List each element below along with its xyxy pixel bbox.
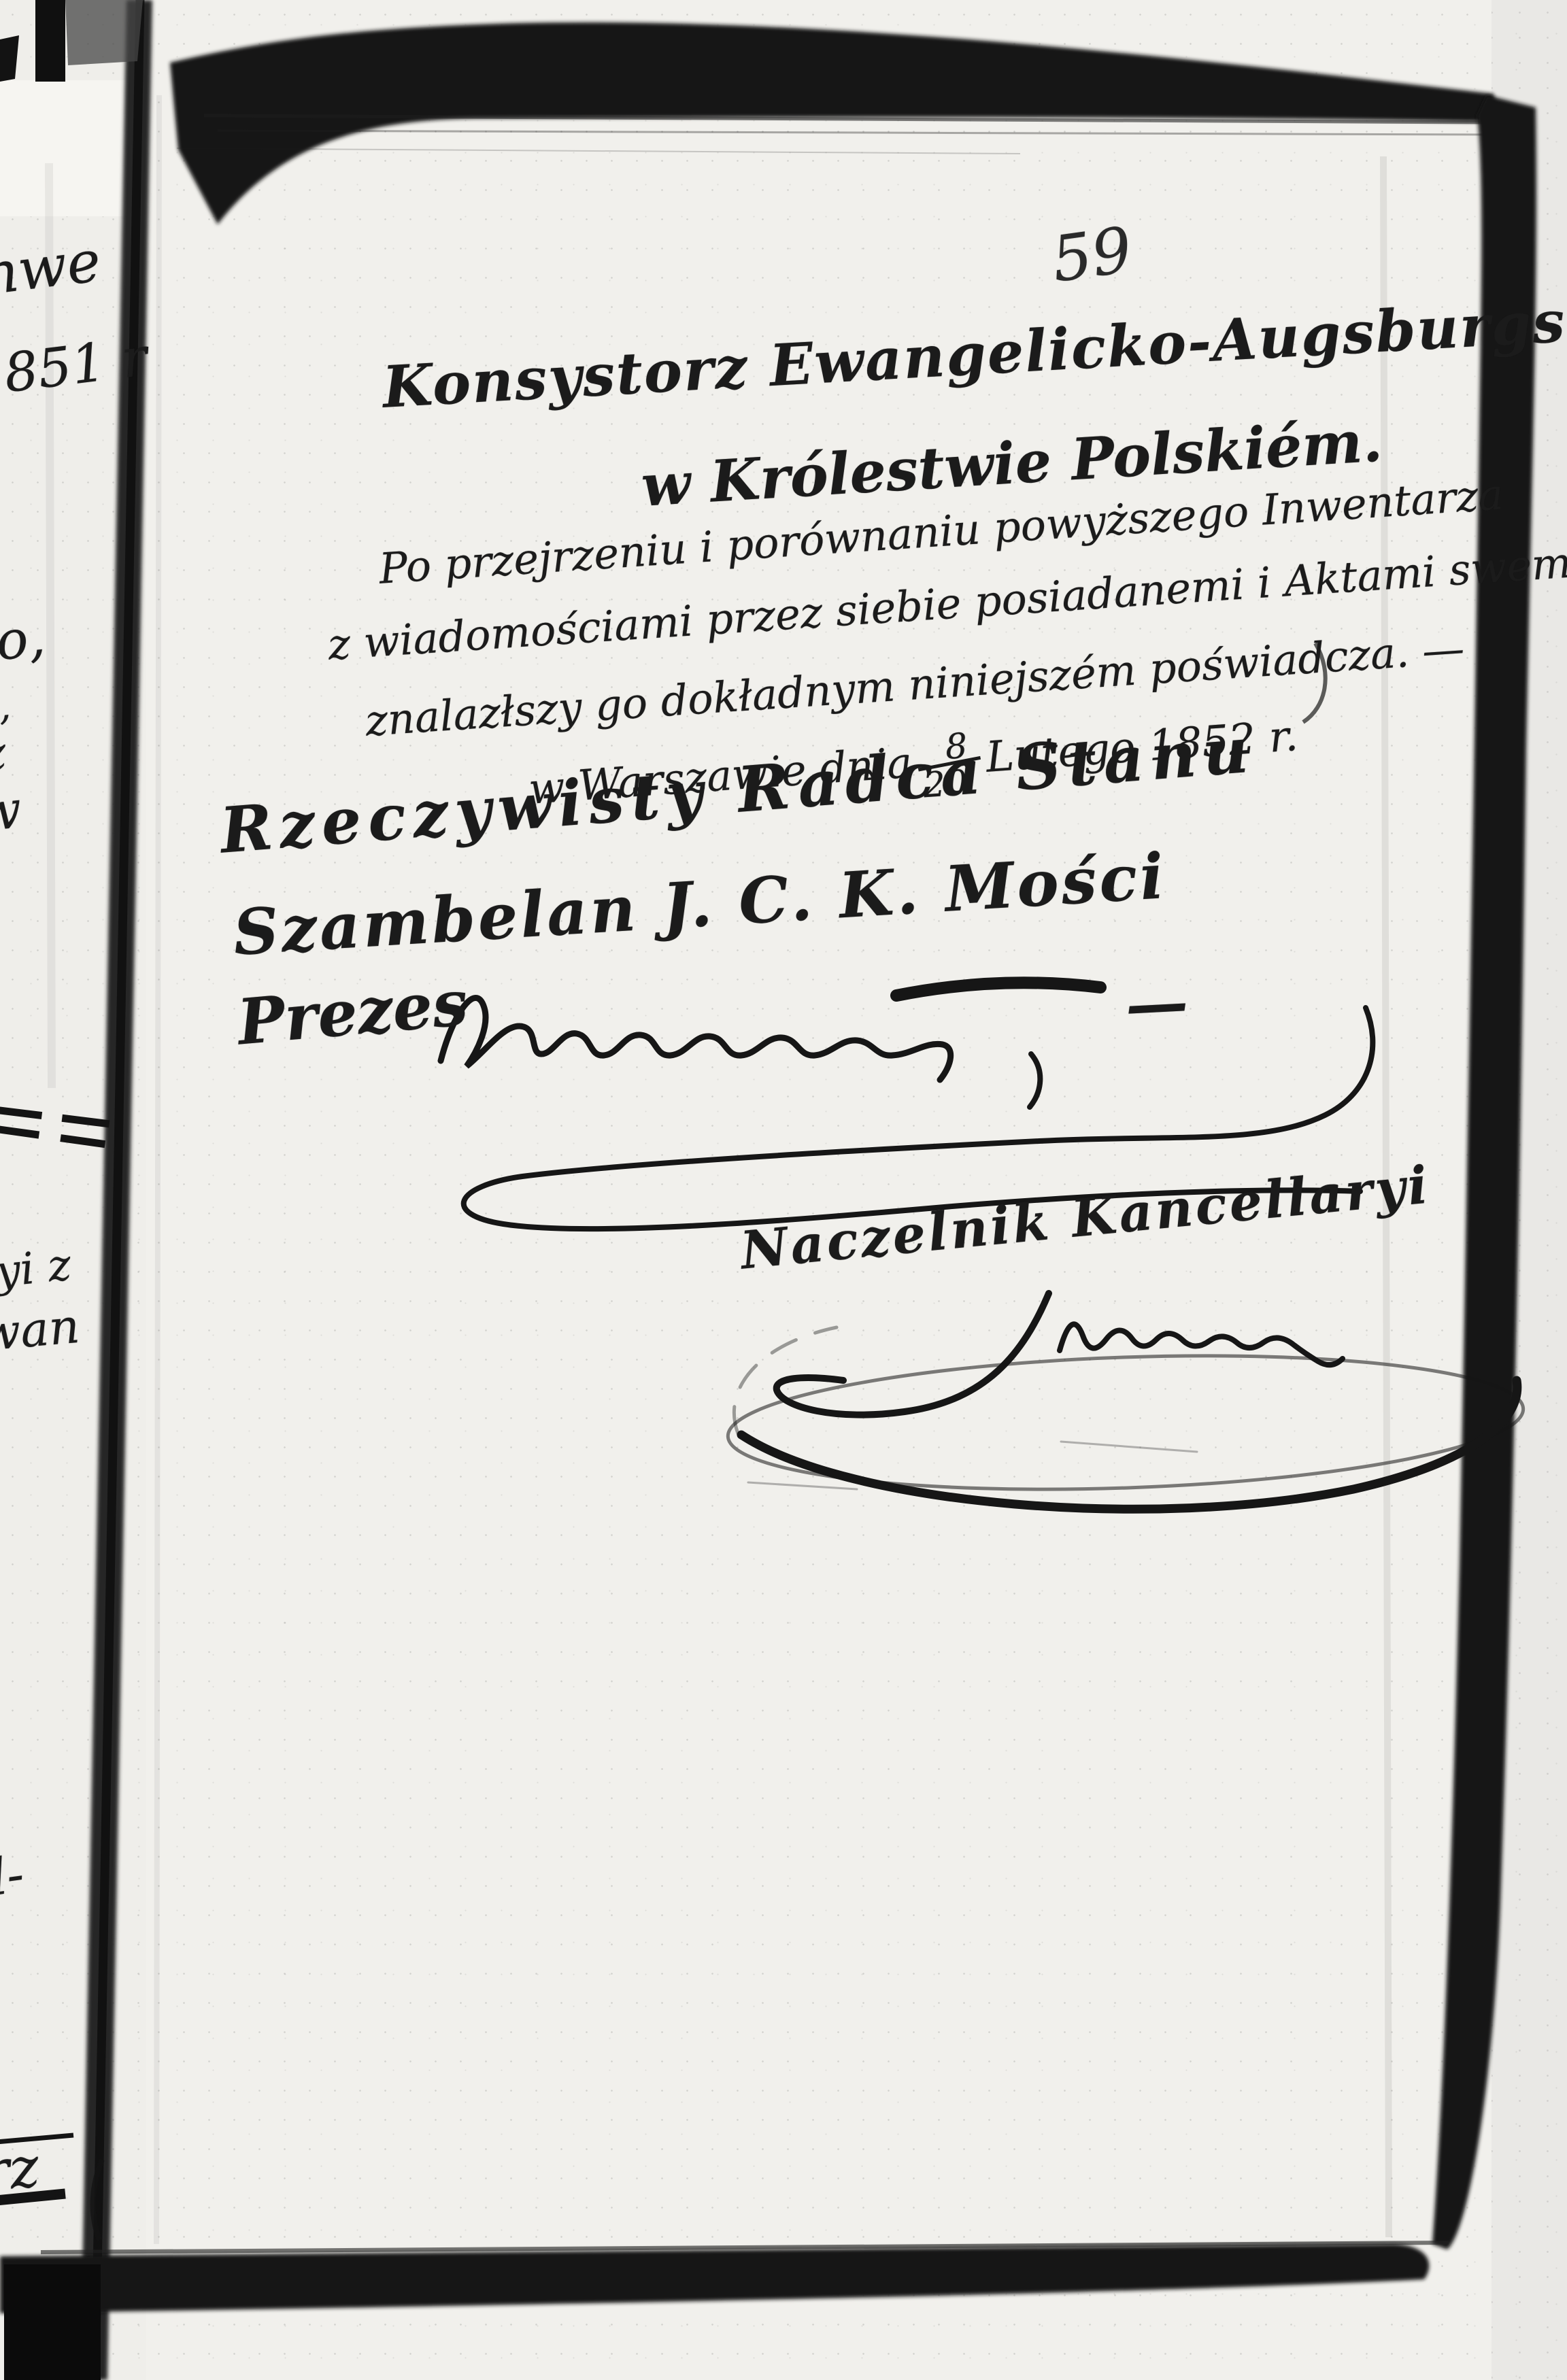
page-crease	[49, 163, 52, 1088]
signatory-title-2-dash: —	[1124, 965, 1190, 1042]
right-page-edge-shadow	[1432, 95, 1536, 2249]
left-page-fragment: go,	[0, 607, 48, 676]
previous-page-margin	[0, 80, 144, 216]
left-page-fragment: rz	[0, 2135, 42, 2205]
clerk-signature	[726, 1293, 1526, 1509]
top-left-gray-wedge	[65, 0, 143, 65]
bottom-left-black-block	[4, 2264, 101, 2380]
page-crease	[156, 95, 159, 2244]
top-page-edge-shadow	[170, 22, 1498, 224]
top-streak-line	[218, 131, 1489, 135]
bottom-page-edge-shadow	[0, 2244, 1429, 2313]
top-left-black-bar	[35, 0, 65, 82]
previous-page-hatch-marks	[0, 1110, 116, 1145]
top-left-black-wedge	[0, 35, 19, 82]
page-number: 59	[1047, 214, 1136, 296]
document-scan: 59 Konsystorz Ewangelicko-Augsburgski w …	[0, 0, 1567, 2380]
